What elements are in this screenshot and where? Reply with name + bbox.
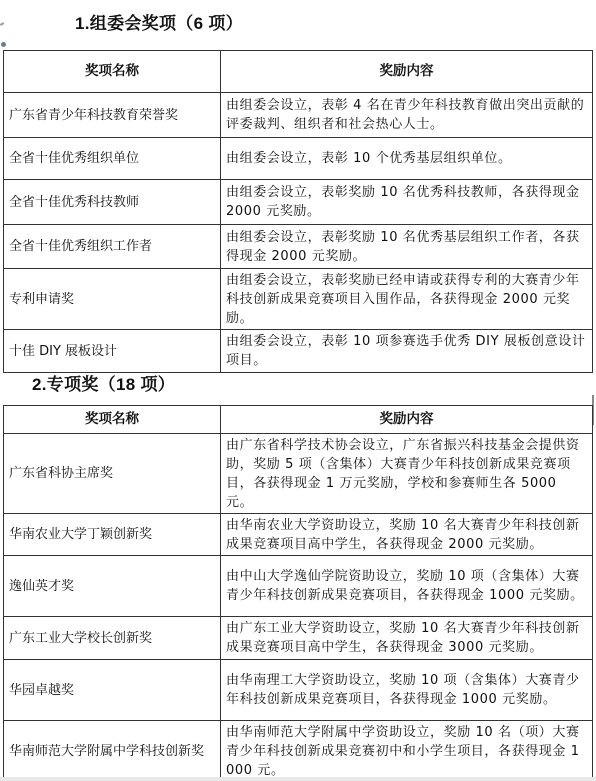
award-content: 由组委会设立，表彰 10 项参赛选手优秀 DIY 展板创意设计项目。 (221, 330, 593, 373)
award-name: 逸仙英才奖 (4, 556, 221, 617)
award-content: 由广东省科学技术协会设立，广东省振兴科技基金会提供资助，奖励 5 项（含集体）大… (221, 434, 593, 514)
table-header-row: 奖项名称 奖励内容 (4, 51, 593, 93)
section-title-committee-awards: 1.组委会奖项（6 项） (75, 9, 243, 34)
award-name: 华南农业大学丁颖创新奖 (4, 514, 221, 556)
table-row: 广东工业大学校长创新奖 由广东工业大学资助设立，奖励 10 名大赛青少年科技创新… (4, 617, 593, 660)
award-content: 由组委会设立，表彰 10 个优秀基层组织单位。 (221, 138, 593, 180)
award-name: 华园卓越奖 (4, 660, 221, 721)
award-content: 由广东工业大学资助设立，奖励 10 名大赛青少年科技创新成果竞赛项目高中学生，各… (221, 617, 593, 660)
table-row: 广东省青少年科技教育荣誉奖 由组委会设立，表彰 4 名在青少年科技教育做出突出贡… (4, 93, 593, 138)
award-name: 全省十佳优秀组织工作者 (4, 225, 221, 269)
award-name: 华南师范大学附属中学科技创新奖 (4, 721, 221, 781)
award-name: 专利申请奖 (4, 269, 221, 330)
award-name: 十佳 DIY 展板设计 (4, 330, 221, 373)
header-award-name: 奖项名称 (4, 51, 221, 93)
award-name: 全省十佳优秀科技教师 (4, 180, 221, 225)
table-row: 专利申请奖 由组委会设立，表彰奖励已经申请或获得专利的大赛青少年科技创新成果竞赛… (4, 269, 593, 330)
award-name: 广东省科协主席奖 (4, 434, 221, 514)
award-name: 广东工业大学校长创新奖 (4, 617, 221, 660)
award-content: 由华南理工大学资助设立，奖励 10 项（含集体）大赛青少年科技创新成果竞赛项目，… (221, 660, 593, 721)
table-anchor-icon[interactable] (1, 42, 6, 47)
table-row: 华园卓越奖 由华南理工大学资助设立，奖励 10 项（含集体）大赛青少年科技创新成… (4, 660, 593, 721)
header-award-content: 奖励内容 (221, 406, 593, 434)
table-row: 逸仙英才奖 由中山大学逸仙学院资助设立，奖励 10 项（含集体）大赛青少年科技创… (4, 556, 593, 617)
table-row: 十佳 DIY 展板设计 由组委会设立，表彰 10 项参赛选手优秀 DIY 展板创… (4, 330, 593, 373)
award-content: 由华南师范大学附属中学资助设立，奖励 10 名（项）大赛青少年科技创新成果竞赛初… (221, 721, 593, 781)
award-content: 由组委会设立，表彰奖励已经申请或获得专利的大赛青少年科技创新成果竞赛项目入围作品… (221, 269, 593, 330)
section-title-special-awards: 2.专项奖（18 项） (32, 370, 175, 395)
award-content: 由组委会设立，表彰奖励 10 名优秀科技教师，各获得现金 2000 元奖励。 (221, 180, 593, 225)
committee-awards-table: 奖项名称 奖励内容 广东省青少年科技教育荣誉奖 由组委会设立，表彰 4 名在青少… (3, 50, 593, 373)
table-row: 华南师范大学附属中学科技创新奖 由华南师范大学附属中学资助设立，奖励 10 名（… (4, 721, 593, 781)
header-award-content: 奖励内容 (221, 51, 593, 93)
award-name: 全省十佳优秀组织单位 (4, 138, 221, 180)
table-row: 华南农业大学丁颖创新奖 由华南农业大学资助设立，奖励 10 名大赛青少年科技创新… (4, 514, 593, 556)
award-content: 由组委会设立，表彰奖励 10 名优秀基层组织工作者，各获得现金 2000 元奖励… (221, 225, 593, 269)
table-row: 广东省科协主席奖 由广东省科学技术协会设立，广东省振兴科技基金会提供资助，奖励 … (4, 434, 593, 514)
award-name: 广东省青少年科技教育荣誉奖 (4, 93, 221, 138)
award-content: 由组委会设立，表彰 4 名在青少年科技教育做出突出贡献的评委裁判、组织者和社会热… (221, 93, 593, 138)
award-content: 由中山大学逸仙学院资助设立，奖励 10 项（含集体）大赛青少年科技创新成果竞赛项… (221, 556, 593, 617)
header-award-name: 奖项名称 (4, 406, 221, 434)
bottom-edge (0, 777, 596, 781)
award-content: 由华南农业大学资助设立，奖励 10 名大赛青少年科技创新成果竞赛项目高中学生，各… (221, 514, 593, 556)
table-row: 全省十佳优秀组织单位 由组委会设立，表彰 10 个优秀基层组织单位。 (4, 138, 593, 180)
table-row: 全省十佳优秀组织工作者 由组委会设立，表彰奖励 10 名优秀基层组织工作者，各获… (4, 225, 593, 269)
special-awards-table: 奖项名称 奖励内容 广东省科协主席奖 由广东省科学技术协会设立，广东省振兴科技基… (3, 405, 593, 781)
table-header-row: 奖项名称 奖励内容 (4, 406, 593, 434)
table-row: 全省十佳优秀科技教师 由组委会设立，表彰奖励 10 名优秀科技教师，各获得现金 … (4, 180, 593, 225)
margin-mark-icon (0, 22, 4, 26)
